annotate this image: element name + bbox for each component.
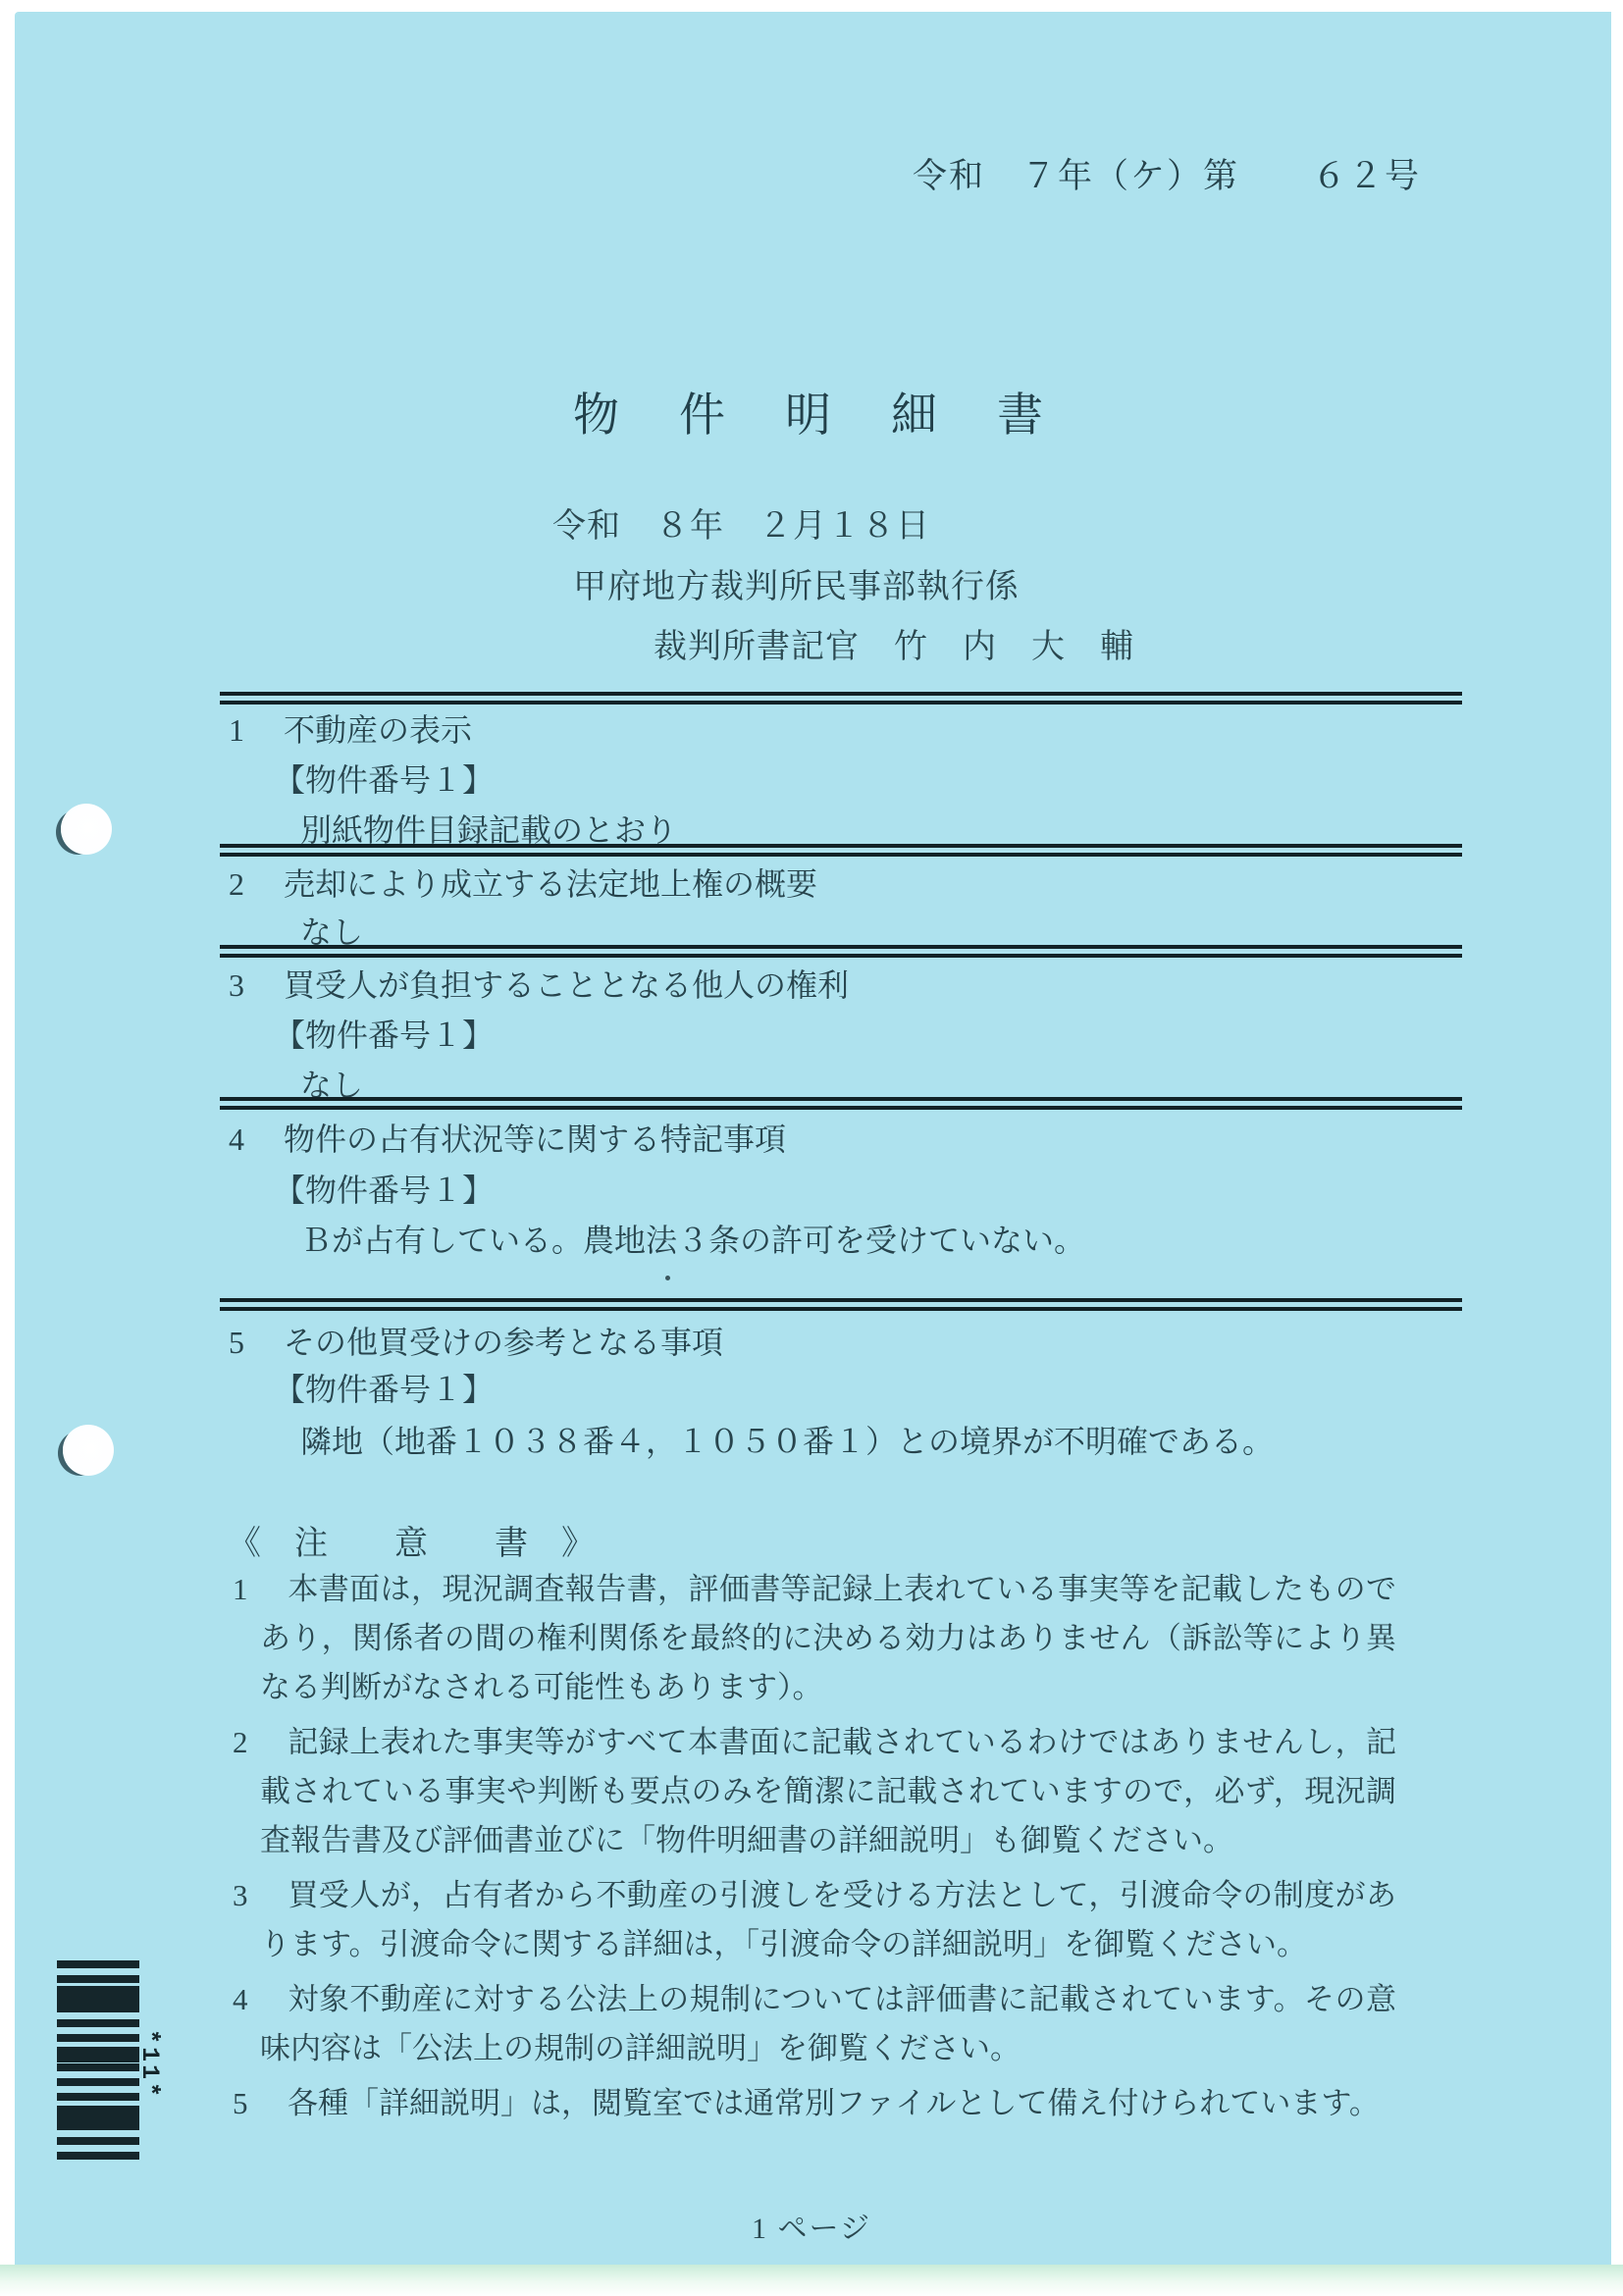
section-number: 5 <box>229 1325 284 1361</box>
double-rule-divider <box>220 945 1462 958</box>
notes-list: 1本書面は，現況調査報告書，評価書等記録上表れている事実等を記載したものであり，… <box>233 1565 1396 2134</box>
scan-edge-strip <box>0 2265 1623 2296</box>
note-number: 2 <box>233 1718 288 1767</box>
section-1-property-label: 【物件番号１】 <box>274 756 494 801</box>
sections-area: 1不動産の表示 【物件番号１】 別紙物件目録記載のとおり 2売却により成立する法… <box>220 687 1462 1472</box>
note-number: 1 <box>233 1565 288 1614</box>
section-number: 1 <box>229 712 284 749</box>
section-4-content: Ｂが占有している。農地法３条の許可を受けていない。 <box>300 1216 1085 1261</box>
note-text: 買受人が，占有者から不動産の引渡しを受ける方法として，引渡命令の制度があります。… <box>260 1878 1396 1961</box>
note-item-3: 3買受人が，占有者から不動産の引渡しを受ける方法として，引渡命令の制度があります… <box>233 1871 1396 1969</box>
note-number: 3 <box>233 1871 288 1920</box>
section-5-heading: 5その他買受けの参考となる事項 <box>229 1318 723 1363</box>
section-2-heading: 2売却により成立する法定地上権の概要 <box>229 860 817 905</box>
section-title: 売却により成立する法定地上権の概要 <box>284 866 817 902</box>
issuance-date: 令和 ８年 ２月１８日 <box>552 498 930 547</box>
barcode-icon <box>57 1960 139 2166</box>
double-rule-divider <box>220 844 1462 857</box>
section-title: 物件の占有状況等に関する特記事項 <box>284 1122 786 1157</box>
scan-speck <box>665 1276 670 1280</box>
section-4-heading: 4物件の占有状況等に関する特記事項 <box>229 1115 786 1160</box>
double-rule-divider <box>220 692 1462 704</box>
section-3-heading: 3買受人が負担することとなる他人の権利 <box>229 961 849 1006</box>
section-3-property-label: 【物件番号１】 <box>274 1011 494 1056</box>
note-item-1: 1本書面は，現況調査報告書，評価書等記録上表れている事実等を記載したものであり，… <box>233 1565 1396 1712</box>
note-item-2: 2記録上表れた事実等がすべて本書面に記載されているわけではありませんし，記載され… <box>233 1718 1396 1865</box>
section-4-property-label: 【物件番号１】 <box>274 1166 494 1211</box>
section-title: 不動産の表示 <box>284 712 472 748</box>
section-number: 2 <box>229 866 284 903</box>
section-number: 3 <box>229 967 284 1004</box>
section-1-heading: 1不動産の表示 <box>229 705 472 751</box>
hole-punch-top <box>61 804 112 855</box>
case-number: 令和 ７年（ケ）第 ６２号 <box>913 149 1421 198</box>
double-rule-divider <box>220 1298 1462 1311</box>
section-title: その他買受けの参考となる事項 <box>284 1325 723 1360</box>
section-title: 買受人が負担することとなる他人の権利 <box>284 967 849 1003</box>
page-number-label: 1 ページ <box>0 2204 1623 2247</box>
document-title: 物 件 明 細 書 <box>0 379 1623 444</box>
double-rule-divider <box>220 1097 1462 1110</box>
scanned-document-page: 令和 ７年（ケ）第 ６２号 物 件 明 細 書 令和 ８年 ２月１８日 甲府地方… <box>0 0 1623 2296</box>
note-text: 本書面は，現況調査報告書，評価書等記録上表れている事実等を記載したものであり，関… <box>260 1572 1396 1704</box>
note-number: 5 <box>233 2079 288 2128</box>
note-number: 4 <box>233 1975 288 2024</box>
note-text: 記録上表れた事実等がすべて本書面に記載されているわけではありませんし，記載されて… <box>260 1725 1396 1857</box>
barcode-label: *11* <box>135 2029 164 2117</box>
court-office-name: 甲府地方裁判所民事部執行係 <box>573 559 1020 607</box>
note-text: 各種「詳細説明」は，閲覧室では通常別ファイルとして備え付けられています。 <box>288 2086 1380 2120</box>
section-number: 4 <box>229 1122 284 1158</box>
note-item-4: 4対象不動産に対する公法上の規制については評価書に記載されています。その意味内容… <box>233 1975 1396 2073</box>
section-5-property-label: 【物件番号１】 <box>274 1365 494 1410</box>
section-5-content: 隣地（地番１０３８番４，１０５０番１）との境界が不明確である。 <box>300 1417 1274 1462</box>
note-text: 対象不動産に対する公法上の規制については評価書に記載されています。その意味内容は… <box>260 1982 1396 2065</box>
notes-heading: 《 注 意 書 》 <box>228 1516 595 1564</box>
hole-punch-bottom <box>63 1425 114 1476</box>
court-clerk-name: 裁判所書記官 竹 内 大 輔 <box>654 619 1134 667</box>
note-item-5: 5各種「詳細説明」は，閲覧室では通常別ファイルとして備え付けられています。 <box>233 2079 1396 2128</box>
